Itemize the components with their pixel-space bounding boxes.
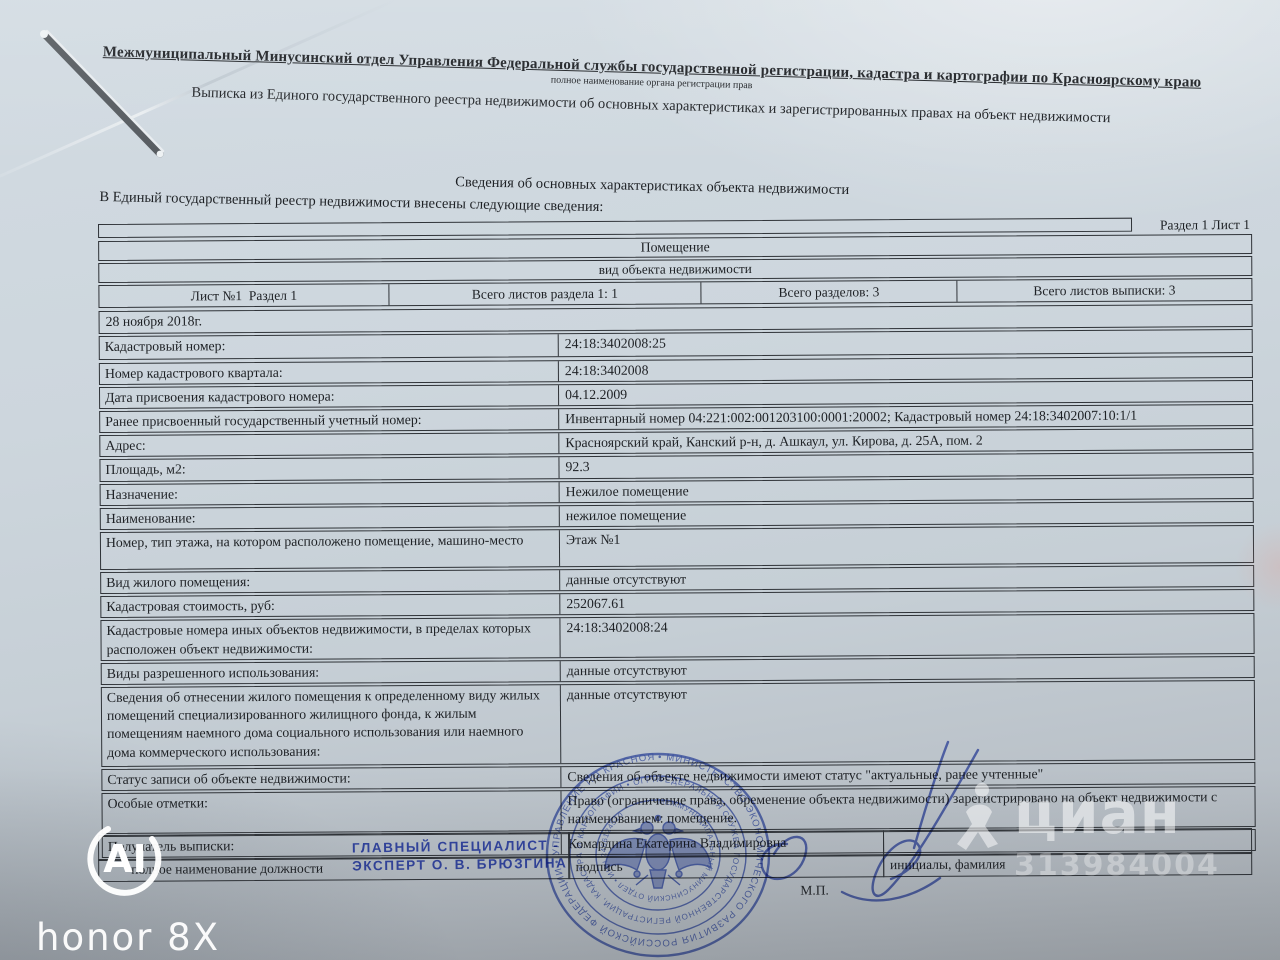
row-label: Кадастровая стоимость, руб:	[101, 594, 560, 617]
row-value: данные отсутствуют	[561, 657, 1254, 681]
row-value: 24:18:3402008:24	[560, 614, 1253, 657]
table-row: Кадастровый номер: 24:18:3402008:25	[99, 329, 1253, 360]
sheet-meta-cell: Лист №1 Раздел 1	[99, 284, 389, 308]
table-row: Кадастровые номера иных объектов недвижи…	[100, 613, 1254, 660]
row-label: Адрес:	[100, 433, 559, 456]
row-label: Особые отметки:	[102, 791, 561, 832]
row-value: 04.12.2009	[559, 381, 1252, 405]
extract-date: 28 ноября 2018г.	[100, 312, 209, 333]
section-sheet-label: Раздел 1 Лист 1	[1132, 217, 1252, 233]
row-label: Кадастровые номера иных объектов недвижи…	[101, 619, 560, 660]
row-value: нежилое помещение	[560, 502, 1253, 526]
row-value: 24:18:3402008:25	[559, 330, 1252, 356]
row-label: Сведения об отнесении жилого помещения к…	[102, 685, 561, 766]
sheet-meta-cell: Всего разделов: 3	[701, 280, 957, 303]
position-stamp-text: ГЛАВНЫЙ СПЕЦИАЛИСТ - ЭКСПЕРТ О. В. БРЮЗГ…	[352, 836, 568, 875]
row-label: Вид жилого помещения:	[101, 570, 560, 593]
row-label: Ранее присвоенный государственный учетны…	[100, 409, 559, 432]
row-value: 24:18:3402008	[559, 357, 1252, 381]
row-value: Нежилое помещение	[560, 478, 1253, 502]
document-header: Межмуниципальный Минусинский отдел Управ…	[98, 44, 1204, 130]
row-label: Номер, тип этажа, на котором расположено…	[101, 530, 560, 569]
row-label: Дата присвоения кадастрового номера:	[100, 385, 559, 408]
row-label: Назначение:	[101, 482, 560, 505]
row-value: 252067.61	[560, 590, 1253, 614]
row-value: Красноярский край, Канский р-н, д. Ашкау…	[559, 429, 1252, 453]
row-label: Номер кадастрового квартала:	[100, 361, 559, 384]
handwritten-signature	[690, 732, 1010, 922]
document-photo: Межмуниципальный Минусинский отдел Управ…	[0, 0, 1280, 960]
sheet-meta-cell: Всего листов выписки: 3	[957, 279, 1251, 303]
row-value: данные отсутствуют	[560, 566, 1253, 590]
row-value: Инвентарный номер 04:221:002:001203100:0…	[559, 405, 1252, 429]
sheet-meta-row: Лист №1 Раздел 1 Всего листов раздела 1:…	[98, 278, 1252, 309]
row-value: Этаж №1	[560, 526, 1253, 566]
row-label: Наименование:	[101, 506, 560, 529]
object-type: Помещение	[641, 238, 710, 257]
row-label: Виды разрешенного использования:	[102, 661, 561, 684]
row-label: Площадь, м2:	[100, 458, 559, 481]
sheet-meta-cell: Всего листов раздела 1: 1	[389, 282, 701, 306]
row-label: Статус записи об объекте недвижимости:	[102, 767, 561, 790]
stamp-text-line2: ЭКСПЕРТ О. В. БРЮЗГИНА	[352, 854, 568, 875]
object-type-caption: вид объекта недвижимости	[599, 260, 752, 278]
row-label: Кадастровый номер:	[100, 334, 559, 359]
table-row: Номер, тип этажа, на котором расположено…	[100, 525, 1254, 570]
row-value: 92.3	[559, 453, 1252, 477]
